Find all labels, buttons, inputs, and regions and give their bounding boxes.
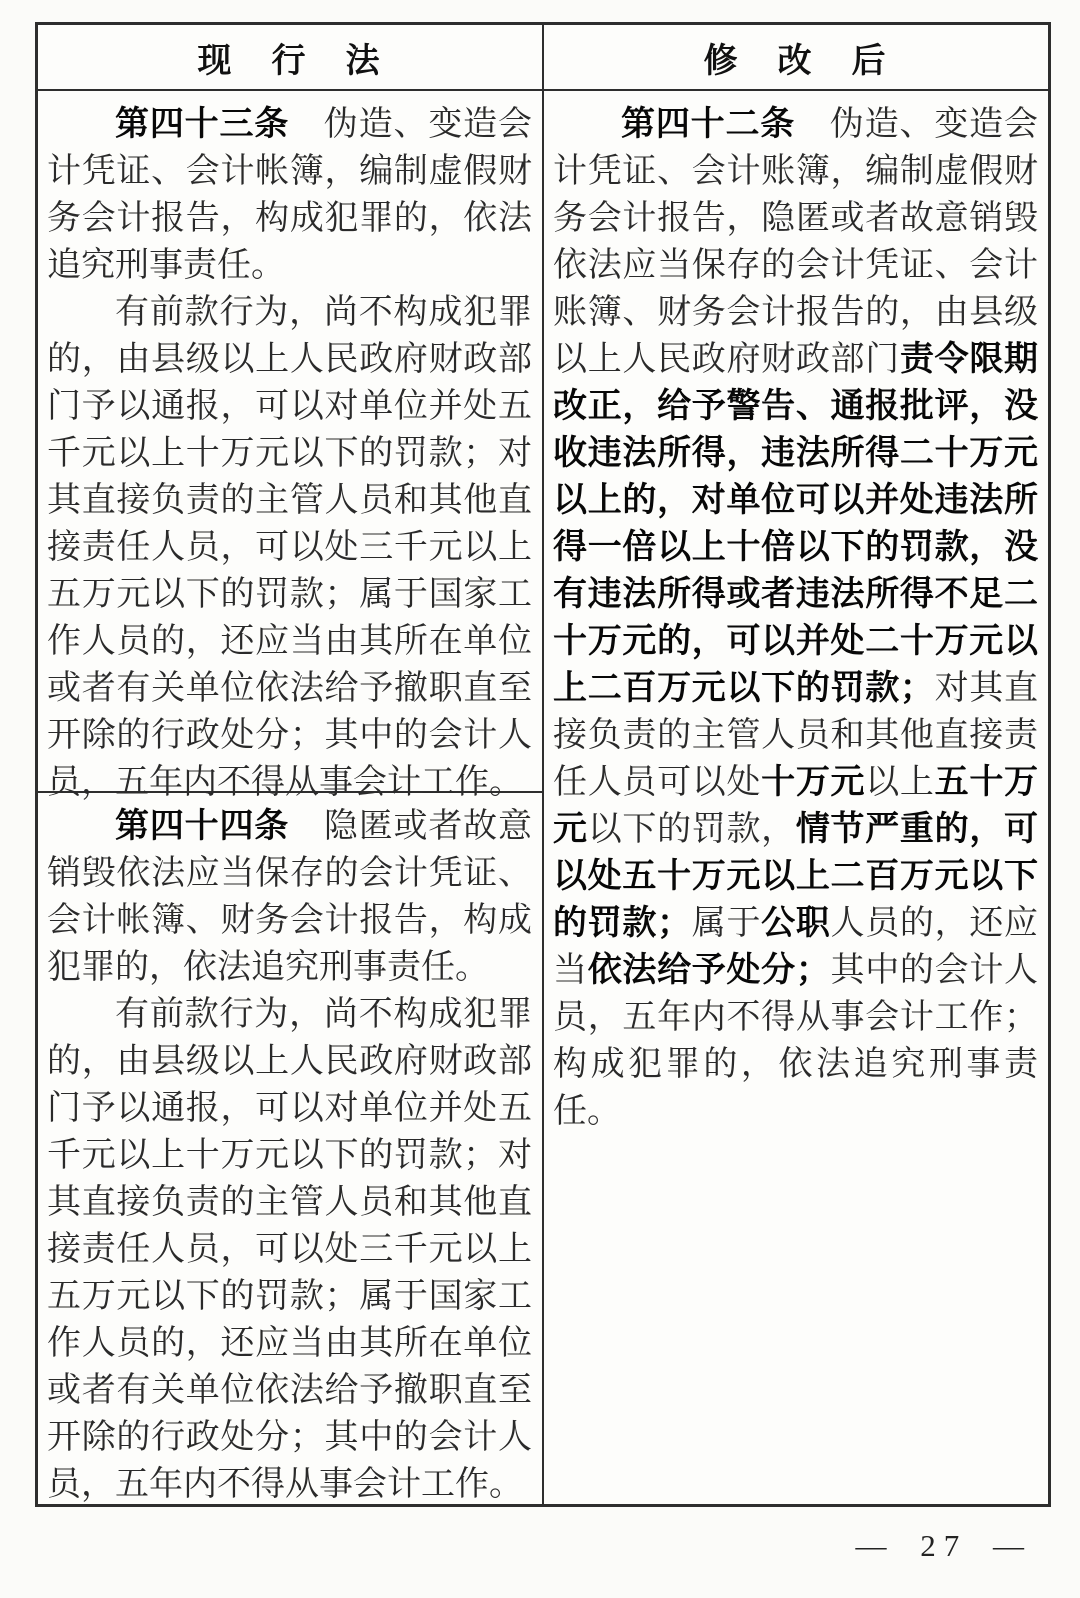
emphasized-text: 责令限期改正，给予警告、通报批评，没收违法所得，违法所得二十万元以上的，对单位可… — [553, 340, 1038, 707]
article-44-cell: 第四十四条 隐匿或者故意销毁依法应当保存的会计凭证、会计帐簿、财务会计报告，构成… — [38, 793, 542, 1504]
revised-law-column: 第四十二条 伪造、变造会计凭证、会计账簿，编制虚假财务会计报告，隐匿或者故意销毁… — [544, 91, 1048, 1504]
page-number: — 27 — — [856, 1528, 1033, 1564]
header-current-law: 现 行 法 — [38, 25, 544, 89]
article-42-cell: 第四十二条 伪造、变造会计凭证、会计账簿，编制虚假财务会计报告，隐匿或者故意销毁… — [544, 91, 1048, 1504]
law-paragraph: 有前款行为，尚不构成犯罪的，由县级以上人民政府财政部门予以通报，可以对单位并处五… — [47, 289, 532, 806]
table-header-row: 现 行 法 修 改 后 — [38, 25, 1048, 91]
article-43-cell: 第四十三条 伪造、变造会计凭证、会计帐簿，编制虚假财务会计报告，构成犯罪的，依法… — [38, 91, 542, 793]
current-law-column: 第四十三条 伪造、变造会计凭证、会计帐簿，编制虚假财务会计报告，构成犯罪的，依法… — [38, 91, 544, 1504]
law-paragraph: 第四十三条 伪造、变造会计凭证、会计帐簿，编制虚假财务会计报告，构成犯罪的，依法… — [47, 101, 532, 289]
body-text: 属于 — [691, 905, 761, 942]
body-text: 有前款行为，尚不构成犯罪的，由县级以上人民政府财政部门予以通报，可以对单位并处五… — [47, 294, 532, 801]
body-text: 伪造、变造会计凭证、会计账簿，编制虚假财务会计报告，隐匿或者故意销毁依法应当保存… — [553, 106, 1038, 378]
law-comparison-table: 现 行 法 修 改 后 第四十三条 伪造、变造会计凭证、会计帐簿，编制虚假财务会… — [35, 22, 1051, 1507]
law-paragraph: 第四十二条 伪造、变造会计凭证、会计账簿，编制虚假财务会计报告，隐匿或者故意销毁… — [553, 101, 1038, 1135]
emphasized-text: 第四十二条 — [621, 105, 795, 143]
body-text: 以上 — [865, 764, 934, 801]
table-body-row: 第四十三条 伪造、变造会计凭证、会计帐簿，编制虚假财务会计报告，构成犯罪的，依法… — [38, 91, 1048, 1504]
emphasized-text: 公职 — [761, 904, 830, 942]
emphasized-text: 第四十四条 — [115, 807, 289, 845]
body-text: 以下的罚款， — [588, 811, 796, 848]
body-text: 有前款行为，尚不构成犯罪的，由县级以上人民政府财政部门予以通报，可以对单位并处五… — [47, 996, 532, 1503]
emphasized-text: 依法给予处分； — [588, 951, 830, 989]
emphasized-text: 十万元 — [761, 763, 865, 801]
law-paragraph: 第四十四条 隐匿或者故意销毁依法应当保存的会计凭证、会计帐簿、财务会计报告，构成… — [47, 803, 532, 991]
header-after-revision: 修 改 后 — [544, 25, 1048, 89]
emphasized-text: 第四十三条 — [115, 105, 289, 143]
law-paragraph: 有前款行为，尚不构成犯罪的，由县级以上人民政府财政部门予以通报，可以对单位并处五… — [47, 991, 532, 1508]
